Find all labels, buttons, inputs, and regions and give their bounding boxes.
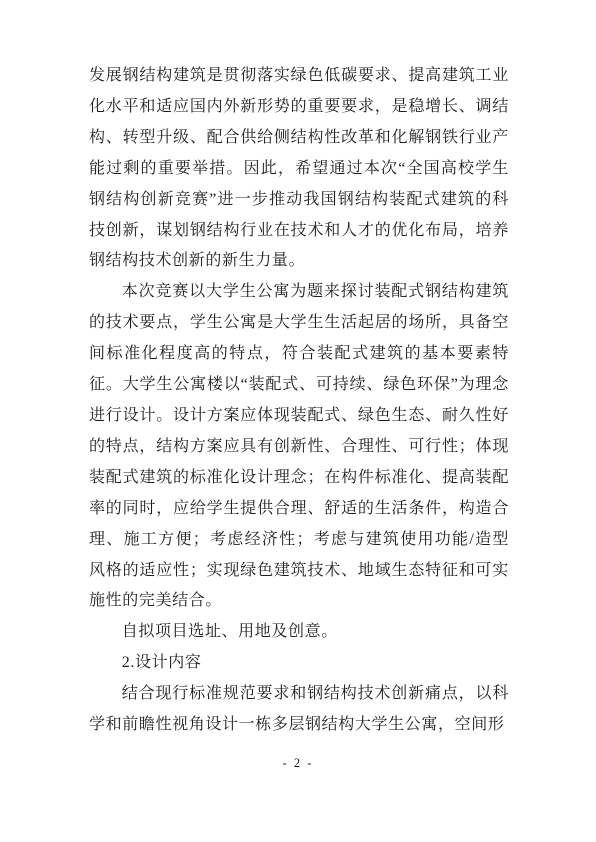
document-page: 发展钢结构建筑是贯彻落实绿色低碳要求、提高建筑工业化水平和适应国内外新形势的重要… (0, 0, 596, 842)
section-heading-design-content: 2.设计内容 (89, 648, 509, 679)
text-body: 发展钢结构建筑是贯彻落实绿色低碳要求、提高建筑工业化水平和适应国内外新形势的重要… (89, 61, 509, 741)
paragraph-design-content-intro: 结合现行标准规范要求和钢结构技术创新痛点，以科学和前瞻性视角设计一栋多层钢结构大… (89, 679, 509, 741)
paragraph-competition-theme: 本次竞赛以大学生公寓为题来探讨装配式钢结构建筑的技术要点，学生公寓是大学生生活起… (89, 277, 509, 617)
paragraph-site-selection: 自拟项目选址、用地及创意。 (89, 617, 509, 648)
page-number: - 2 - (0, 756, 596, 771)
paragraph-continuation: 发展钢结构建筑是贯彻落实绿色低碳要求、提高建筑工业化水平和适应国内外新形势的重要… (89, 61, 509, 277)
